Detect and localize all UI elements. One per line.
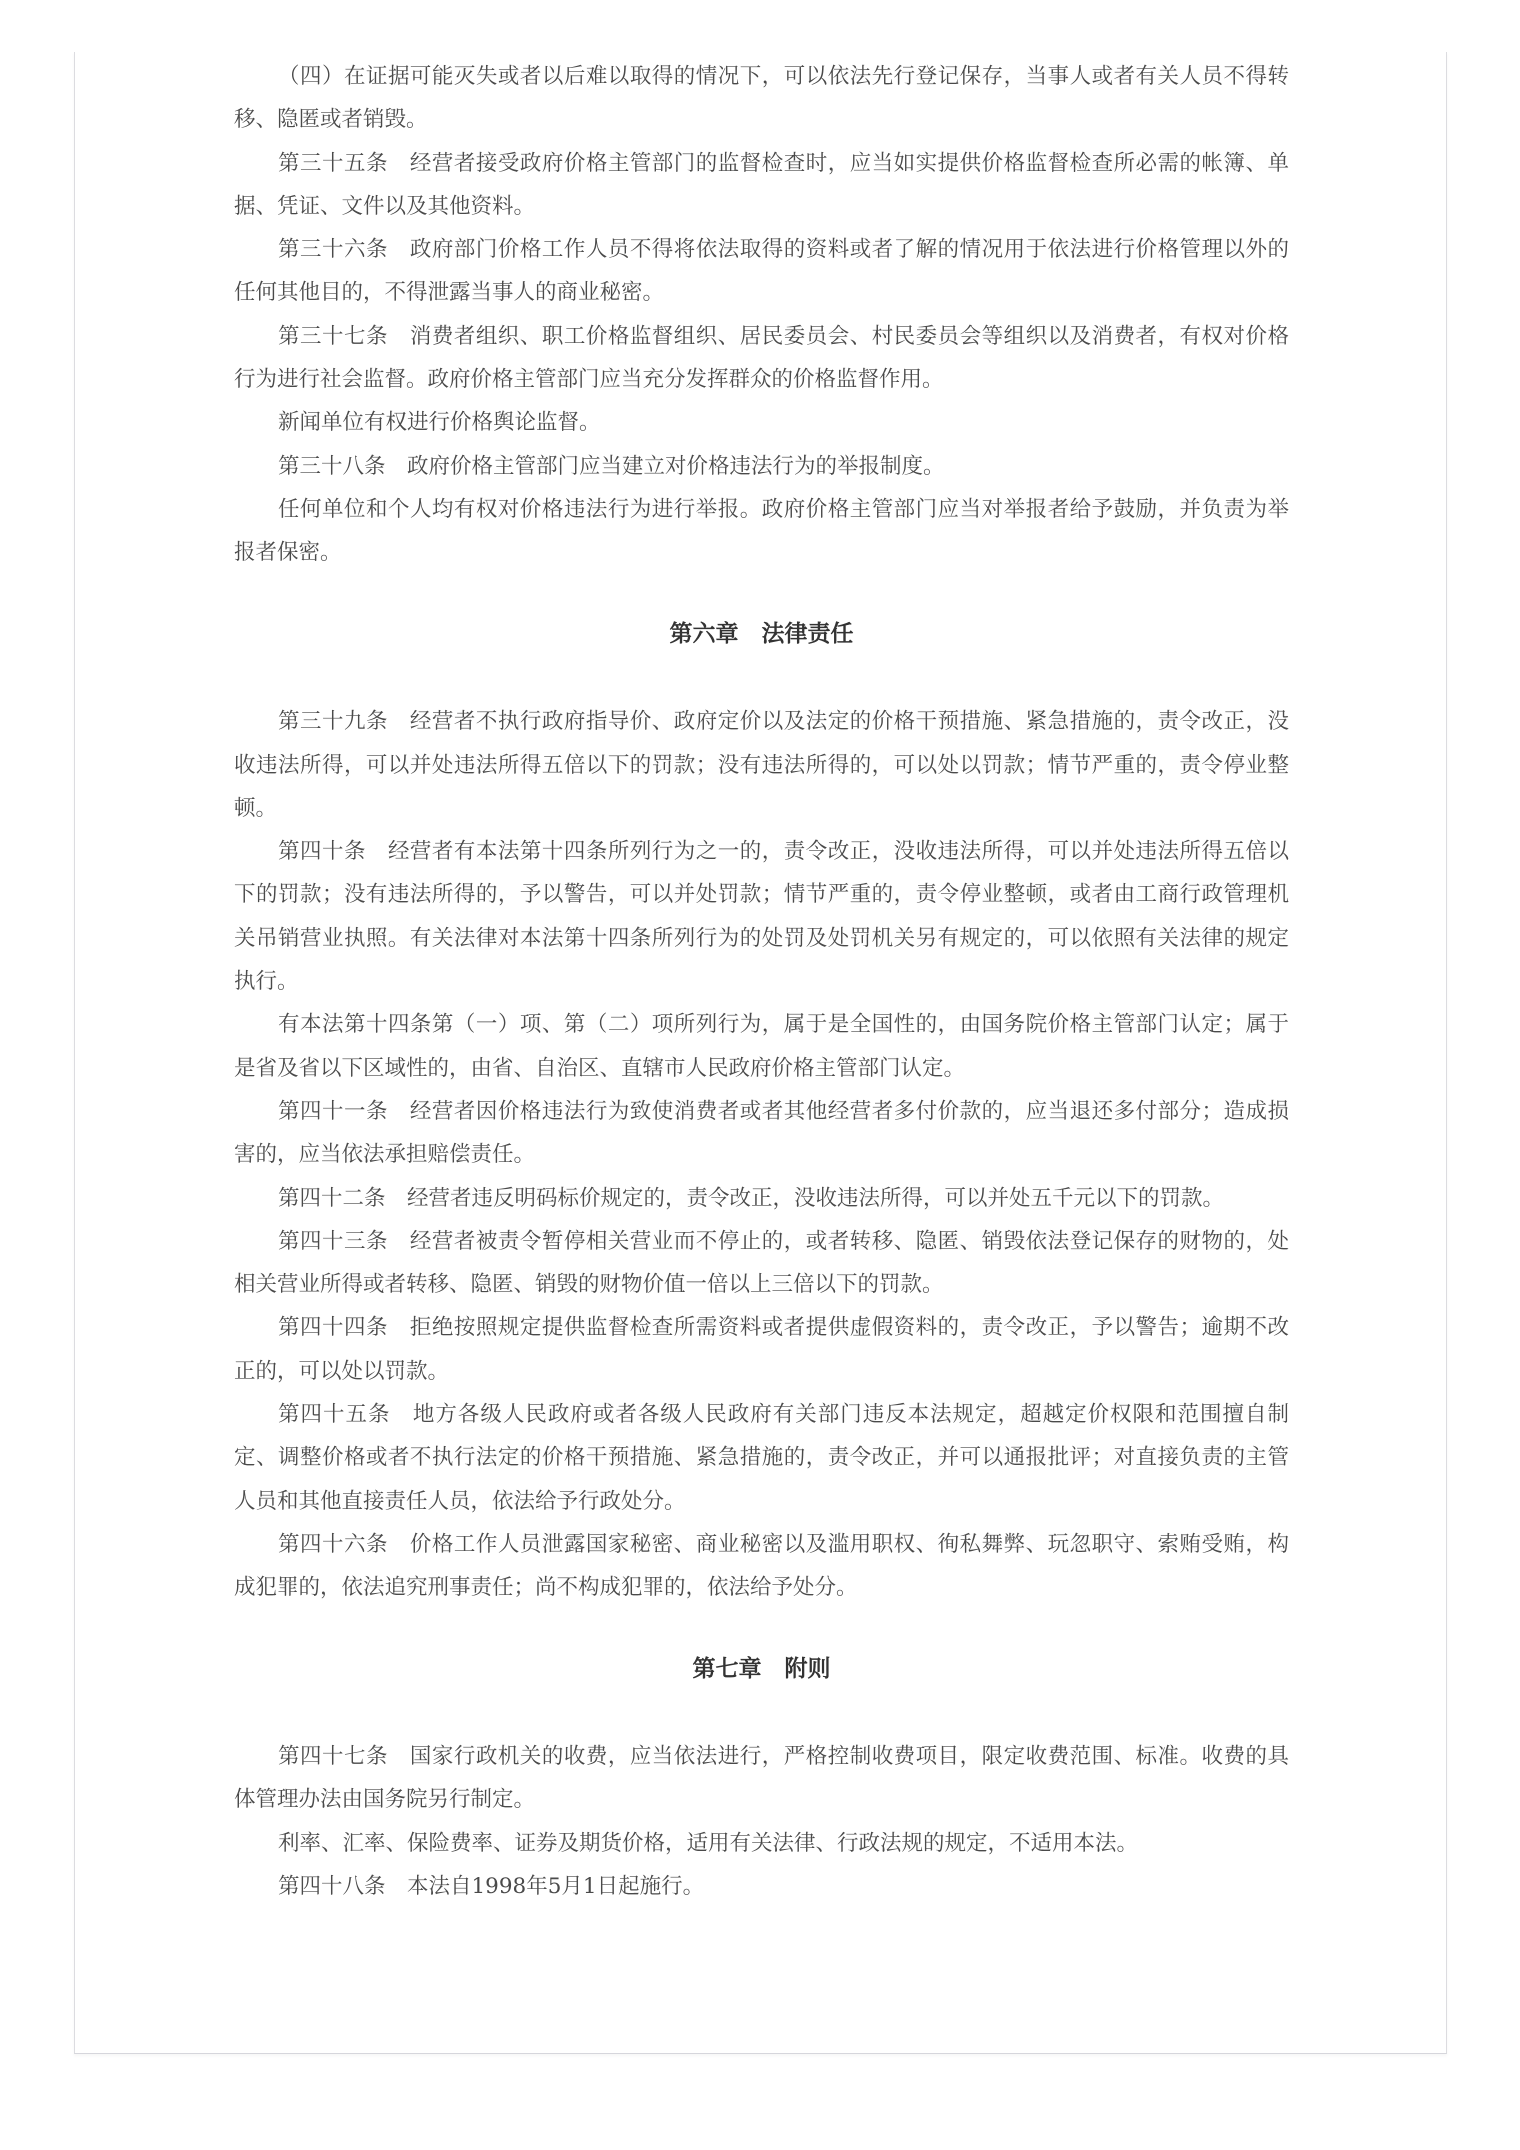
article-42: 第四十二条 经营者违反明码标价规定的，责令改正，没收违法所得，可以并处五千元以下… <box>234 1177 1289 1220</box>
text-line: 成犯罪的，依法追究刑事责任；尚不构成犯罪的，依法给予处分。 <box>234 1566 1289 1609</box>
text-line: 第四十五条 地方各级人民政府或者各级人民政府有关部门违反本法规定，超越定价权限和… <box>234 1393 1289 1436</box>
text-line: 报者保密。 <box>234 531 1289 574</box>
text-line: 第三十八条 政府价格主管部门应当建立对价格违法行为的举报制度。 <box>234 445 1289 488</box>
article-47: 第四十七条 国家行政机关的收费，应当依法进行，严格控制收费项目，限定收费范围、标… <box>234 1735 1289 1822</box>
chapter-heading: 第七章 附则 <box>234 1648 1289 1691</box>
article-41: 第四十一条 经营者因价格违法行为致使消费者或者其他经营者多付价款的，应当退还多付… <box>234 1090 1289 1177</box>
text-line: 害的，应当依法承担赔偿责任。 <box>234 1133 1289 1176</box>
article-37: 第三十七条 消费者组织、职工价格监督组织、居民委员会、村民委员会等组织以及消费者… <box>234 315 1289 402</box>
text-line: 任何其他目的，不得泄露当事人的商业秘密。 <box>234 271 1289 314</box>
text-line: 新闻单位有权进行价格舆论监督。 <box>234 401 1289 444</box>
text-line: 执行。 <box>234 960 1289 1003</box>
paragraph: 新闻单位有权进行价格舆论监督。 <box>234 401 1289 444</box>
article-39: 第三十九条 经营者不执行政府指导价、政府定价以及法定的价格干预措施、紧急措施的，… <box>234 700 1289 830</box>
text-line: 行为进行社会监督。政府价格主管部门应当充分发挥群众的价格监督作用。 <box>234 358 1289 401</box>
text-line: 是省及省以下区域性的，由省、自治区、直辖市人民政府价格主管部门认定。 <box>234 1047 1289 1090</box>
text-line: 第三十六条 政府部门价格工作人员不得将依法取得的资料或者了解的情况用于依法进行价… <box>234 228 1289 271</box>
text-line: 据、凭证、文件以及其他资料。 <box>234 185 1289 228</box>
article-44: 第四十四条 拒绝按照规定提供监督检查所需资料或者提供虚假资料的，责令改正，予以警… <box>234 1306 1289 1393</box>
article-43: 第四十三条 经营者被责令暂停相关营业而不停止的，或者转移、隐匿、销毁依法登记保存… <box>234 1220 1289 1307</box>
text-line: 下的罚款；没有违法所得的，予以警告，可以并处罚款；情节严重的，责令停业整顿，或者… <box>234 873 1289 916</box>
text-line: 第三十五条 经营者接受政府价格主管部门的监督检查时，应当如实提供价格监督检查所必… <box>234 142 1289 185</box>
chapter-heading: 第六章 法律责任 <box>234 613 1289 656</box>
text-line: 移、隐匿或者销毁。 <box>234 98 1289 141</box>
article-48: 第四十八条 本法自1998年5月1日起施行。 <box>234 1865 1289 1908</box>
text-line: 第四十二条 经营者违反明码标价规定的，责令改正，没收违法所得，可以并处五千元以下… <box>234 1177 1289 1220</box>
text-line: 第四十条 经营者有本法第十四条所列行为之一的，责令改正，没收违法所得，可以并处违… <box>234 830 1289 873</box>
text-line: 有本法第十四条第（一）项、第（二）项所列行为，属于是全国性的，由国务院价格主管部… <box>234 1003 1289 1046</box>
text-line: 体管理办法由国务院另行制定。 <box>234 1778 1289 1821</box>
text-line: 相关营业所得或者转移、隐匿、销毁的财物价值一倍以上三倍以下的罚款。 <box>234 1263 1289 1306</box>
text-line: 第三十七条 消费者组织、职工价格监督组织、居民委员会、村民委员会等组织以及消费者… <box>234 315 1289 358</box>
text-line: 收违法所得，可以并处违法所得五倍以下的罚款；没有违法所得的，可以处以罚款；情节严… <box>234 744 1289 787</box>
text-line: 第四十八条 本法自1998年5月1日起施行。 <box>234 1865 1289 1908</box>
text-line: 人员和其他直接责任人员，依法给予行政处分。 <box>234 1480 1289 1523</box>
document-page: （四）在证据可能灭失或者以后难以取得的情况下，可以依法先行登记保存，当事人或者有… <box>74 52 1447 2054</box>
text-line: 第四十六条 价格工作人员泄露国家秘密、商业秘密以及滥用职权、徇私舞弊、玩忽职守、… <box>234 1523 1289 1566</box>
paragraph: 有本法第十四条第（一）项、第（二）项所列行为，属于是全国性的，由国务院价格主管部… <box>234 1003 1289 1090</box>
paragraph: （四）在证据可能灭失或者以后难以取得的情况下，可以依法先行登记保存，当事人或者有… <box>234 55 1289 142</box>
text-line: 利率、汇率、保险费率、证券及期货价格，适用有关法律、行政法规的规定，不适用本法。 <box>234 1822 1289 1865</box>
text-line: 顿。 <box>234 787 1289 830</box>
document-content: （四）在证据可能灭失或者以后难以取得的情况下，可以依法先行登记保存，当事人或者有… <box>234 55 1289 1908</box>
text-line: 第三十九条 经营者不执行政府指导价、政府定价以及法定的价格干预措施、紧急措施的，… <box>234 700 1289 743</box>
text-line: 第四十三条 经营者被责令暂停相关营业而不停止的，或者转移、隐匿、销毁依法登记保存… <box>234 1220 1289 1263</box>
text-line: 第四十一条 经营者因价格违法行为致使消费者或者其他经营者多付价款的，应当退还多付… <box>234 1090 1289 1133</box>
article-36: 第三十六条 政府部门价格工作人员不得将依法取得的资料或者了解的情况用于依法进行价… <box>234 228 1289 315</box>
paragraph: 利率、汇率、保险费率、证券及期货价格，适用有关法律、行政法规的规定，不适用本法。 <box>234 1822 1289 1865</box>
article-46: 第四十六条 价格工作人员泄露国家秘密、商业秘密以及滥用职权、徇私舞弊、玩忽职守、… <box>234 1523 1289 1610</box>
text-line: 关吊销营业执照。有关法律对本法第十四条所列行为的处罚及处罚机关另有规定的，可以依… <box>234 917 1289 960</box>
text-line: 正的，可以处以罚款。 <box>234 1350 1289 1393</box>
article-38: 第三十八条 政府价格主管部门应当建立对价格违法行为的举报制度。 <box>234 445 1289 488</box>
article-40: 第四十条 经营者有本法第十四条所列行为之一的，责令改正，没收违法所得，可以并处违… <box>234 830 1289 1003</box>
text-line: 第四十四条 拒绝按照规定提供监督检查所需资料或者提供虚假资料的，责令改正，予以警… <box>234 1306 1289 1349</box>
article-35: 第三十五条 经营者接受政府价格主管部门的监督检查时，应当如实提供价格监督检查所必… <box>234 142 1289 229</box>
text-line: 第四十七条 国家行政机关的收费，应当依法进行，严格控制收费项目，限定收费范围、标… <box>234 1735 1289 1778</box>
paragraph: 任何单位和个人均有权对价格违法行为进行举报。政府价格主管部门应当对举报者给予鼓励… <box>234 488 1289 575</box>
text-line: 任何单位和个人均有权对价格违法行为进行举报。政府价格主管部门应当对举报者给予鼓励… <box>234 488 1289 531</box>
text-line: 定、调整价格或者不执行法定的价格干预措施、紧急措施的，责令改正，并可以通报批评；… <box>234 1436 1289 1479</box>
text-line: （四）在证据可能灭失或者以后难以取得的情况下，可以依法先行登记保存，当事人或者有… <box>234 55 1289 98</box>
article-45: 第四十五条 地方各级人民政府或者各级人民政府有关部门违反本法规定，超越定价权限和… <box>234 1393 1289 1523</box>
